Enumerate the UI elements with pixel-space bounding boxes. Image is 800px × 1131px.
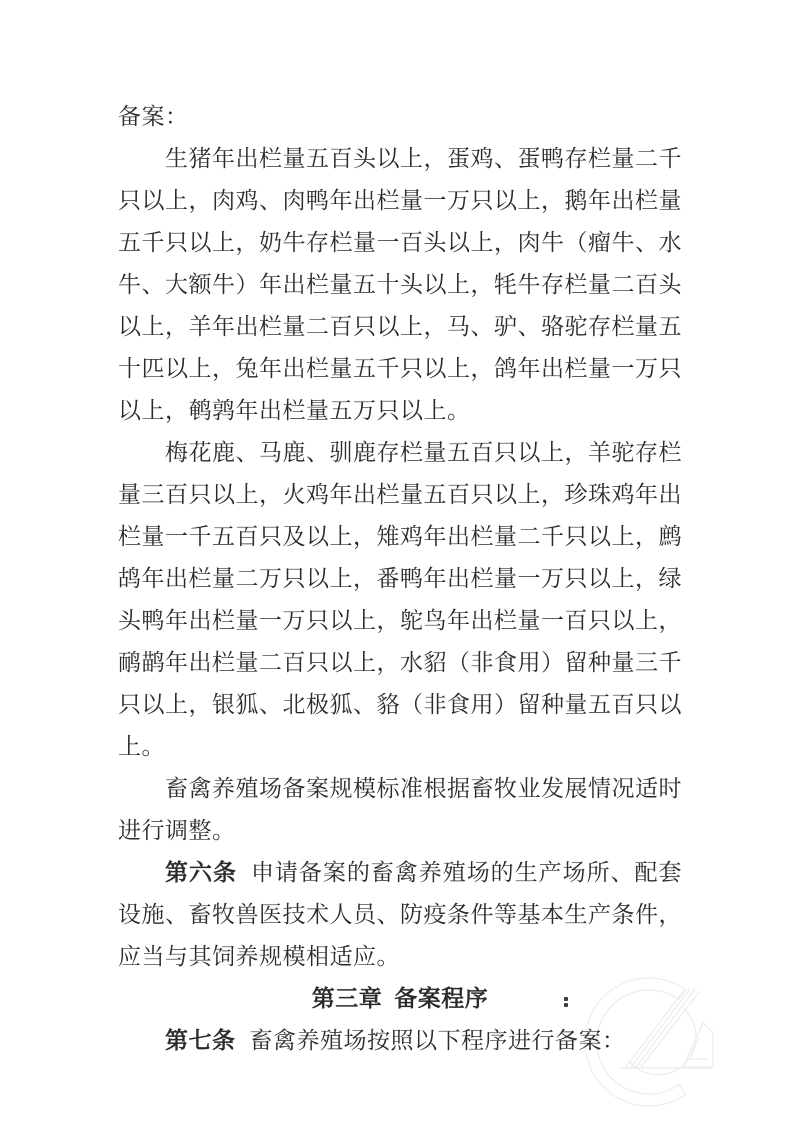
text-run: 畜禽养殖场备案规模标准根据畜牧业发展情况适时进行调整。 [118, 776, 682, 843]
paragraph: 畜禽养殖场备案规模标准根据畜牧业发展情况适时进行调整。 [118, 768, 682, 852]
text-run: 备案： [118, 104, 189, 129]
paragraph: 梅花鹿、马鹿、驯鹿存栏量五百只以上，羊驼存栏量三百只以上，火鸡年出栏量五百只以上… [118, 432, 682, 768]
article-number-run: 第七条 [165, 1028, 236, 1053]
document-page: 备案：生猪年出栏量五百头以上，蛋鸡、蛋鸭存栏量二千只以上，肉鸡、肉鸭年出栏量一万… [0, 0, 800, 1131]
paragraph: 第七条畜禽养殖场按照以下程序进行备案： [118, 1020, 682, 1062]
paragraph: 备案： [118, 96, 682, 138]
paragraph: 生猪年出栏量五百头以上，蛋鸡、蛋鸭存栏量二千只以上，肉鸡、肉鸭年出栏量一万只以上… [118, 138, 682, 432]
text-run: 生猪年出栏量五百头以上，蛋鸡、蛋鸭存栏量二千只以上，肉鸡、肉鸭年出栏量一万只以上… [118, 146, 682, 423]
chapter-heading: 第三章备案程序 [118, 978, 682, 1020]
paragraph: 第六条申请备案的畜禽养殖场的生产场所、配套设施、畜牧兽医技术人员、防疫条件等基本… [118, 852, 682, 978]
article-number-run: 第三章 [312, 986, 383, 1011]
article-number-run: 备案程序 [394, 986, 488, 1011]
text-run: 梅花鹿、马鹿、驯鹿存栏量五百只以上，羊驼存栏量三百只以上，火鸡年出栏量五百只以上… [118, 440, 682, 759]
document-body: 备案：生猪年出栏量五百头以上，蛋鸡、蛋鸭存栏量二千只以上，肉鸡、肉鸭年出栏量一万… [118, 96, 682, 1062]
article-number-run: 第六条 [165, 860, 237, 885]
text-run: 畜禽养殖场按照以下程序进行备案： [250, 1028, 626, 1053]
